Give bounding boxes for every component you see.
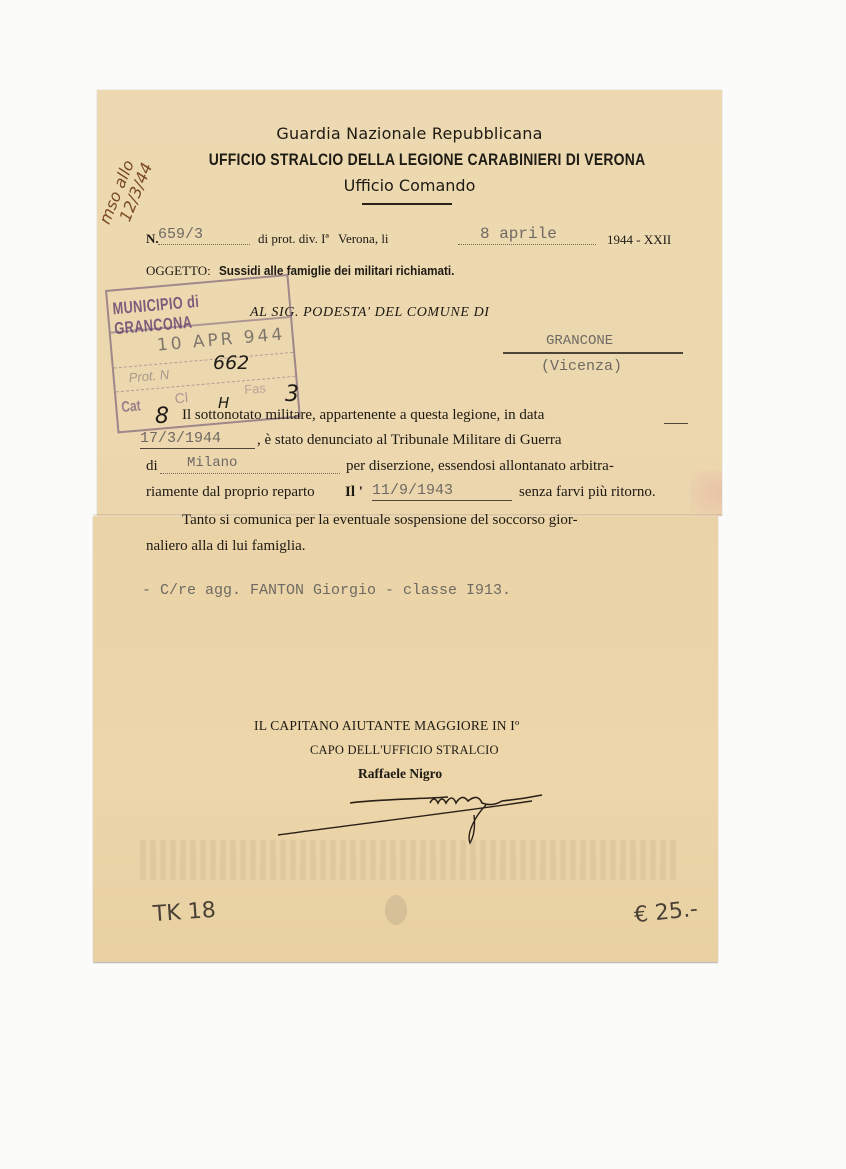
stamp-prot-label: Prot. N	[128, 367, 170, 385]
subject-label: OGGETTO:	[146, 263, 211, 279]
soldier-details: - C/re agg. FANTON Giorgio - classe I913…	[142, 582, 511, 599]
body-line-4a: riamente dal proprio reparto	[146, 484, 315, 501]
body-line-2: , è stato denunciato al Tribunale Milita…	[257, 432, 562, 449]
stamp-cl-label: Cl	[174, 389, 189, 406]
protocol-number-value: 659/3	[158, 226, 203, 243]
body-para2-line2: naliero alla di lui famiglia.	[146, 538, 306, 555]
stamp-cat-value: 8	[155, 404, 169, 429]
signatory-name: Raffaele Nigro	[358, 766, 442, 782]
letterhead-department: Ufficio Comando	[97, 176, 722, 195]
stamp-prot-value: 662	[213, 352, 249, 374]
body-di-label: di	[146, 458, 158, 475]
paper-stain	[690, 470, 722, 516]
protocol-date-value: 8 aprile	[480, 225, 557, 243]
body-denounce-date: 17/3/1944	[140, 430, 221, 447]
body-line-1: Il sottonotato militare, appartenente a …	[182, 407, 544, 424]
protocol-number-line	[158, 244, 250, 245]
stamp-cat-label: Cat	[121, 397, 142, 416]
stamp-fas-label: Fas	[244, 380, 267, 397]
body-desertion-date: 11/9/1943	[372, 482, 453, 499]
protocol-year: 1944 - XXII	[607, 232, 671, 248]
body-date-line	[140, 448, 255, 449]
body-blank-line	[664, 423, 688, 424]
signatory-title: IL CAPITANO AIUTANTE MAGGIORE IN Iº	[254, 718, 519, 734]
letterhead-organization: Guardia Nazionale Repubblicana	[97, 124, 722, 143]
body-il-prefix: Il '	[345, 484, 363, 501]
body-tribunal-city: Milano	[187, 455, 237, 471]
body-line-3: per diserzione, essendosi allontanato ar…	[346, 458, 614, 475]
reverse-side-seal	[385, 895, 407, 925]
addressee-rule	[503, 352, 683, 354]
stamp-divider	[114, 352, 293, 369]
body-para2-line1: Tanto si comunica per la eventuale sospe…	[182, 512, 578, 529]
body-desertion-line	[372, 500, 512, 501]
handwritten-signature	[270, 785, 560, 845]
subject-text: Sussidi alle famiglie dei militari richi…	[219, 263, 454, 278]
addressee-comune: GRANCONE	[546, 333, 613, 349]
handwritten-reference: TK 18	[152, 898, 216, 927]
body-line-4b: senza farvi più ritorno.	[519, 484, 656, 501]
protocol-date-line	[458, 244, 596, 245]
protocol-division-label: di prot. div. Iª	[258, 231, 329, 247]
letterhead-office: UFFICIO STRALCIO DELLA LEGIONE CARABINIE…	[171, 150, 684, 170]
signatory-subtitle: CAPO DELL'UFFICIO STRALCIO	[310, 743, 499, 758]
letterhead-rule	[362, 203, 452, 205]
protocol-number-label: N.	[146, 231, 159, 247]
reverse-side-showthrough	[140, 840, 680, 880]
body-city-line	[160, 473, 340, 474]
protocol-place-label: Verona, li	[338, 231, 389, 247]
addressee-province: (Vicenza)	[541, 358, 622, 375]
stamp-fas-value: 3	[285, 382, 299, 407]
